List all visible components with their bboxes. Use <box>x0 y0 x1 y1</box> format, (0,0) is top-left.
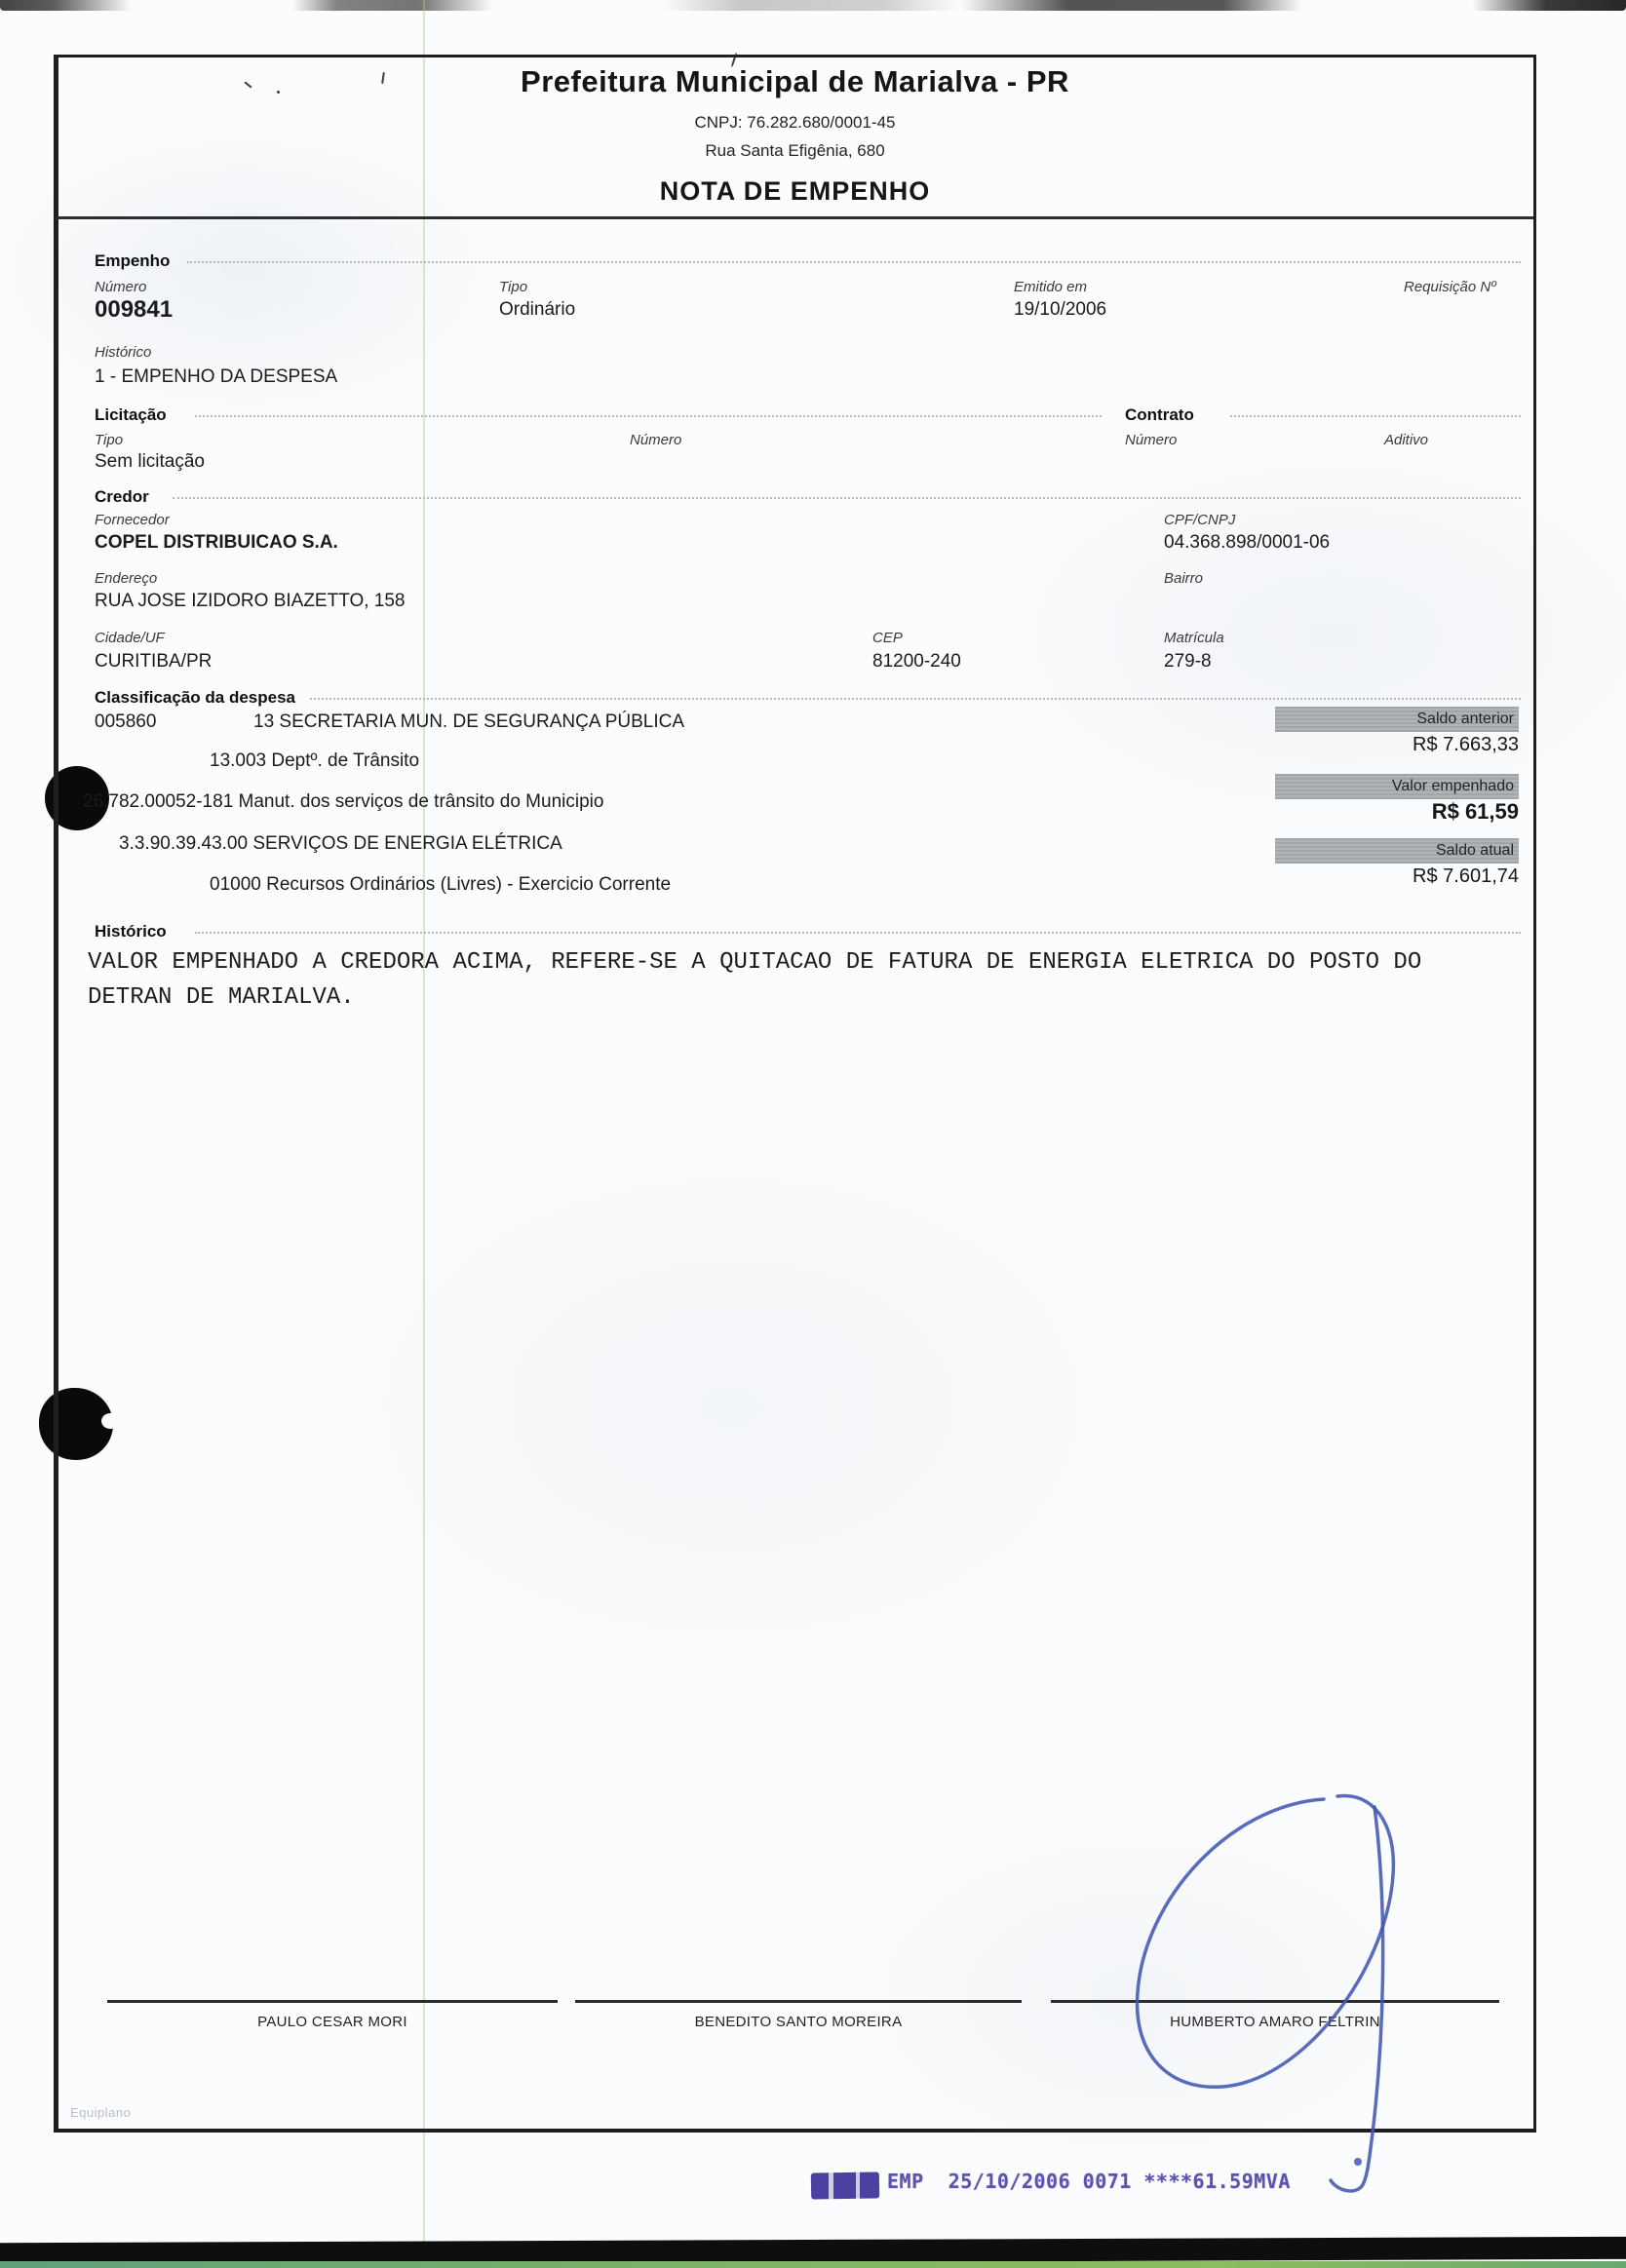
valor-empenhado-value: R$ 61,59 <box>1275 799 1519 825</box>
field-value-cidade-uf: CURITIBA/PR <box>95 651 212 673</box>
field-value-licitacao-tipo: Sem licitação <box>95 451 205 473</box>
valor-empenhado-label-bar: Valor empenhado <box>1275 774 1519 799</box>
scan-artifact-top-edge <box>0 0 1626 11</box>
field-value-historico: 1 - EMPENHO DA DESPESA <box>95 366 337 388</box>
section-label-historico-doc: Histórico <box>95 922 167 942</box>
classification-line: 3.3.90.39.43.00 SERVIÇOS DE ENERGIA ELÉT… <box>119 833 562 855</box>
section-divider <box>195 932 1521 934</box>
saldo-anterior-value: R$ 7.663,33 <box>1275 734 1519 756</box>
document-title: Prefeitura Municipal de Marialva - PR <box>54 64 1536 99</box>
classification-line: 13 SECRETARIA MUN. DE SEGURANÇA PÚBLICA <box>253 711 684 733</box>
document-type-title: NOTA DE EMPENHO <box>54 176 1536 207</box>
field-value-numero: 009841 <box>95 296 173 324</box>
field-label-licitacao-numero: Número <box>630 432 681 448</box>
field-value-tipo: Ordinário <box>499 299 575 321</box>
section-divider <box>187 261 1521 263</box>
saldo-anterior-label-bar: Saldo anterior <box>1275 707 1519 732</box>
section-divider <box>173 497 1521 499</box>
signatory-name: PAULO CESAR MORI <box>107 2014 558 2030</box>
signature-line <box>575 2000 1022 2003</box>
saldo-atual-value: R$ 7.601,74 <box>1275 865 1519 888</box>
field-label-cep: CEP <box>872 630 903 646</box>
scanned-document-page: Prefeitura Municipal de Marialva - PR CN… <box>0 0 1626 2268</box>
classification-line: 01000 Recursos Ordinários (Livres) - Exe… <box>210 874 671 896</box>
signature-line <box>1051 2000 1499 2003</box>
field-value-emitido-em: 19/10/2006 <box>1014 299 1106 321</box>
section-label-classificacao: Classificação da despesa <box>95 688 295 708</box>
field-label-bairro: Bairro <box>1164 570 1203 587</box>
saldo-atual-label-bar: Saldo atual <box>1275 838 1519 864</box>
field-label-cidade-uf: Cidade/UF <box>95 630 165 646</box>
field-value-endereco: RUA JOSE IZIDORO BIAZETTO, 158 <box>95 591 406 612</box>
field-label-historico: Histórico <box>95 344 151 361</box>
classification-line: 13.003 Deptº. de Trânsito <box>210 750 419 772</box>
section-label-contrato: Contrato <box>1125 405 1194 425</box>
field-value-matricula: 279-8 <box>1164 651 1212 673</box>
field-value-cep: 81200-240 <box>872 651 961 673</box>
historico-text-line: DETRAN DE MARIALVA. <box>88 984 355 1011</box>
field-label-emitido-em: Emitido em <box>1014 279 1087 295</box>
field-label-contrato-aditivo: Aditivo <box>1384 432 1428 448</box>
document-cnpj: CNPJ: 76.282.680/0001-45 <box>54 113 1536 133</box>
section-label-empenho: Empenho <box>95 251 170 271</box>
field-label-matricula: Matrícula <box>1164 630 1224 646</box>
field-label-tipo: Tipo <box>499 279 527 295</box>
section-divider <box>195 415 1102 417</box>
section-divider <box>1230 415 1521 417</box>
field-value-fornecedor: COPEL DISTRIBUICAO S.A. <box>95 532 338 554</box>
stamp-logo-mark <box>811 2172 879 2199</box>
classification-line: 26.782.00052-181 Manut. dos serviços de … <box>83 791 603 813</box>
field-label-numero: Número <box>95 279 146 295</box>
section-divider <box>310 698 1521 700</box>
signatory-name: BENEDITO SANTO MOREIRA <box>575 2014 1022 2030</box>
section-label-licitacao: Licitação <box>95 405 167 425</box>
historico-text-line: VALOR EMPENHADO A CREDORA ACIMA, REFERE-… <box>88 949 1421 976</box>
software-credit: Equiplano <box>70 2105 131 2120</box>
field-label-requisicao: Requisição Nº <box>1404 279 1496 295</box>
processing-stamp: EMP 25/10/2006 0071 ****61.59MVA <box>887 2170 1291 2193</box>
signatory-name: HUMBERTO AMARO FELTRIN <box>1051 2014 1499 2030</box>
classification-code: 005860 <box>95 711 156 733</box>
field-label-contrato-numero: Número <box>1125 432 1177 448</box>
document-address: Rua Santa Efigênia, 680 <box>54 141 1536 161</box>
signature-line <box>107 2000 558 2003</box>
scan-artifact-bottom-green <box>0 2261 1626 2268</box>
field-label-licitacao-tipo: Tipo <box>95 432 123 448</box>
field-value-cpf-cnpj: 04.368.898/0001-06 <box>1164 532 1330 554</box>
field-label-fornecedor: Fornecedor <box>95 512 170 528</box>
section-label-credor: Credor <box>95 487 149 507</box>
field-label-cpf-cnpj: CPF/CNPJ <box>1164 512 1235 528</box>
header-divider <box>57 216 1533 219</box>
field-label-endereco: Endereço <box>95 570 157 587</box>
